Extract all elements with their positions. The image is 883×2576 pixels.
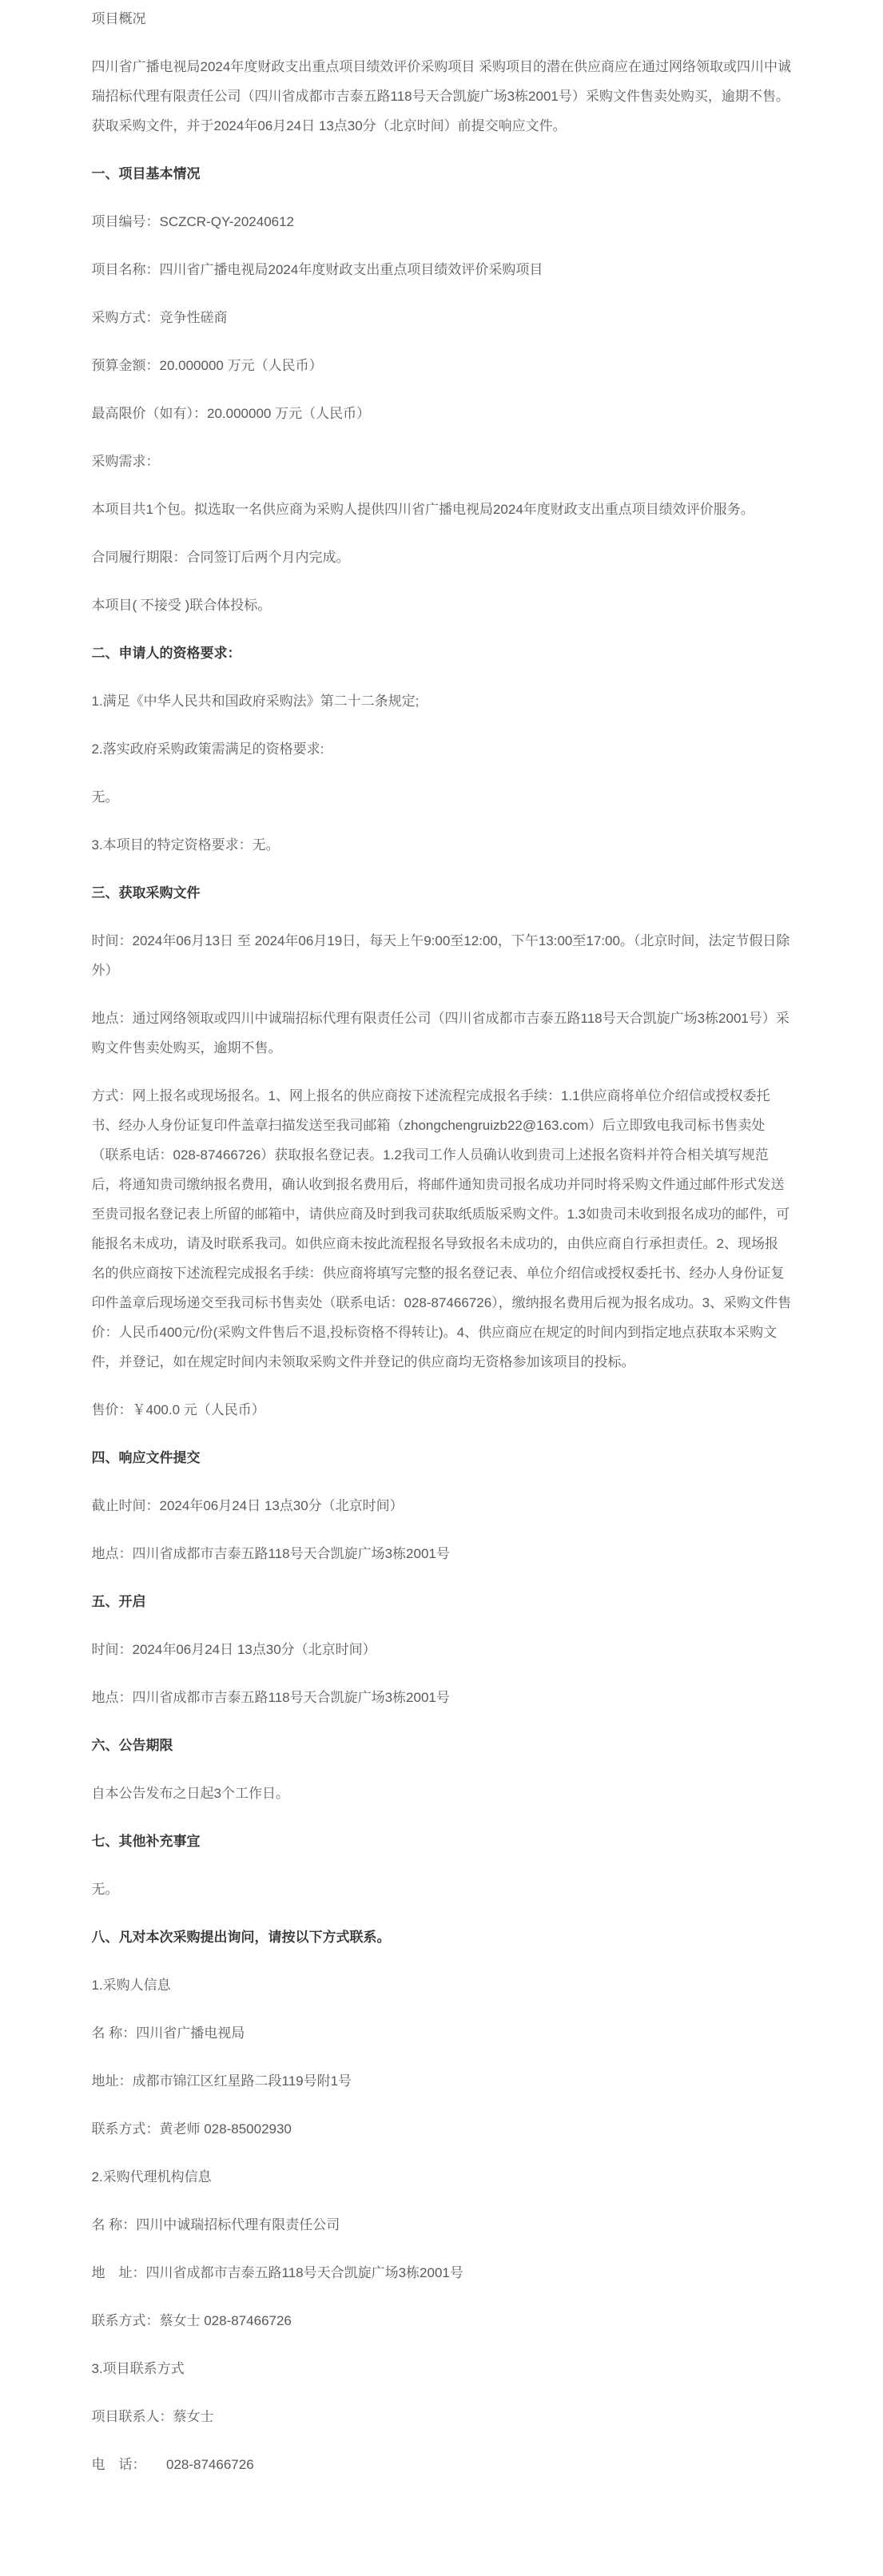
qualification-requirement-2: 2.落实政府采购政策需满足的资格要求:: [92, 734, 792, 764]
announcement-period: 自本公告发布之日起3个工作日。: [92, 1779, 792, 1808]
project-name: 项目名称：四川省广播电视局2024年度财政支出重点项目绩效评价采购项目: [92, 255, 792, 284]
section-6-heading: 六、公告期限: [92, 1731, 792, 1760]
opening-location: 地点：四川省成都市吉泰五路118号天合凯旋广场3栋2001号: [92, 1683, 792, 1712]
document-obtain-time: 时间：2024年06月13日 至 2024年06月19日，每天上午9:00至12…: [92, 926, 792, 985]
purchaser-name: 名 称：四川省广播电视局: [92, 2018, 792, 2048]
other-supplementary-matters: 无。: [92, 1874, 792, 1904]
document-obtain-method: 方式：网上报名或现场报名。1、网上报名的供应商按下述流程完成报名手续：1.1供应…: [92, 1081, 792, 1377]
consortium-bidding-note: 本项目( 不接受 )联合体投标。: [92, 590, 792, 620]
project-overview-label: 项目概况: [92, 4, 792, 34]
document-price: 售价：￥400.0 元（人民币）: [92, 1395, 792, 1425]
announcement-document: 项目概况 四川省广播电视局2024年度财政支出重点项目绩效评价采购项目 采购项目…: [92, 0, 792, 2554]
qualification-requirement-2-value: 无。: [92, 782, 792, 812]
procurement-method: 采购方式：竞争性磋商: [92, 303, 792, 332]
section-5-heading: 五、开启: [92, 1587, 792, 1616]
section-1-heading: 一、项目基本情况: [92, 159, 792, 189]
agency-info-label: 2.采购代理机构信息: [92, 2162, 792, 2192]
purchaser-address: 地址：成都市锦江区红星路二段119号附1号: [92, 2066, 792, 2096]
procurement-requirements-text: 本项目共1个包。拟选取一名供应商为采购人提供四川省广播电视局2024年度财政支出…: [92, 495, 792, 524]
submission-deadline: 截止时间：2024年06月24日 13点30分（北京时间）: [92, 1491, 792, 1521]
section-7-heading: 七、其他补充事宜: [92, 1827, 792, 1856]
project-contact-person: 项目联系人：蔡女士: [92, 2402, 792, 2431]
qualification-requirement-3: 3.本项目的特定资格要求：无。: [92, 830, 792, 860]
agency-contact: 联系方式：蔡女士 028-87466726: [92, 2306, 792, 2335]
section-8-heading: 八、凡对本次采购提出询问，请按以下方式联系。: [92, 1922, 792, 1952]
project-number: 项目编号：SCZCR-QY-20240612: [92, 207, 792, 237]
opening-time: 时间：2024年06月24日 13点30分（北京时间）: [92, 1635, 792, 1664]
section-2-heading: 二、申请人的资格要求：: [92, 638, 792, 668]
qualification-requirement-1: 1.满足《中华人民共和国政府采购法》第二十二条规定;: [92, 686, 792, 716]
section-3-heading: 三、获取采购文件: [92, 878, 792, 908]
agency-name: 名 称：四川中诚瑞招标代理有限责任公司: [92, 2210, 792, 2240]
project-contact-phone: 电 话： 028-87466726: [92, 2450, 792, 2479]
purchaser-contact: 联系方式：黄老师 028-85002930: [92, 2114, 792, 2144]
project-overview-text: 四川省广播电视局2024年度财政支出重点项目绩效评价采购项目 采购项目的潜在供应…: [92, 52, 792, 141]
max-price-limit: 最高限价（如有）：20.000000 万元（人民币）: [92, 399, 792, 428]
agency-address: 地 址：四川省成都市吉泰五路118号天合凯旋广场3栋2001号: [92, 2258, 792, 2288]
budget-amount: 预算金额：20.000000 万元（人民币）: [92, 351, 792, 380]
submission-location: 地点：四川省成都市吉泰五路118号天合凯旋广场3栋2001号: [92, 1539, 792, 1568]
contract-performance-period: 合同履行期限：合同签订后两个月内完成。: [92, 543, 792, 572]
project-contact-label: 3.项目联系方式: [92, 2354, 792, 2383]
document-obtain-location: 地点：通过网络领取或四川中诚瑞招标代理有限责任公司（四川省成都市吉泰五路118号…: [92, 1004, 792, 1063]
procurement-requirements-label: 采购需求：: [92, 447, 792, 476]
section-4-heading: 四、响应文件提交: [92, 1443, 792, 1473]
purchaser-info-label: 1.采购人信息: [92, 1970, 792, 2000]
